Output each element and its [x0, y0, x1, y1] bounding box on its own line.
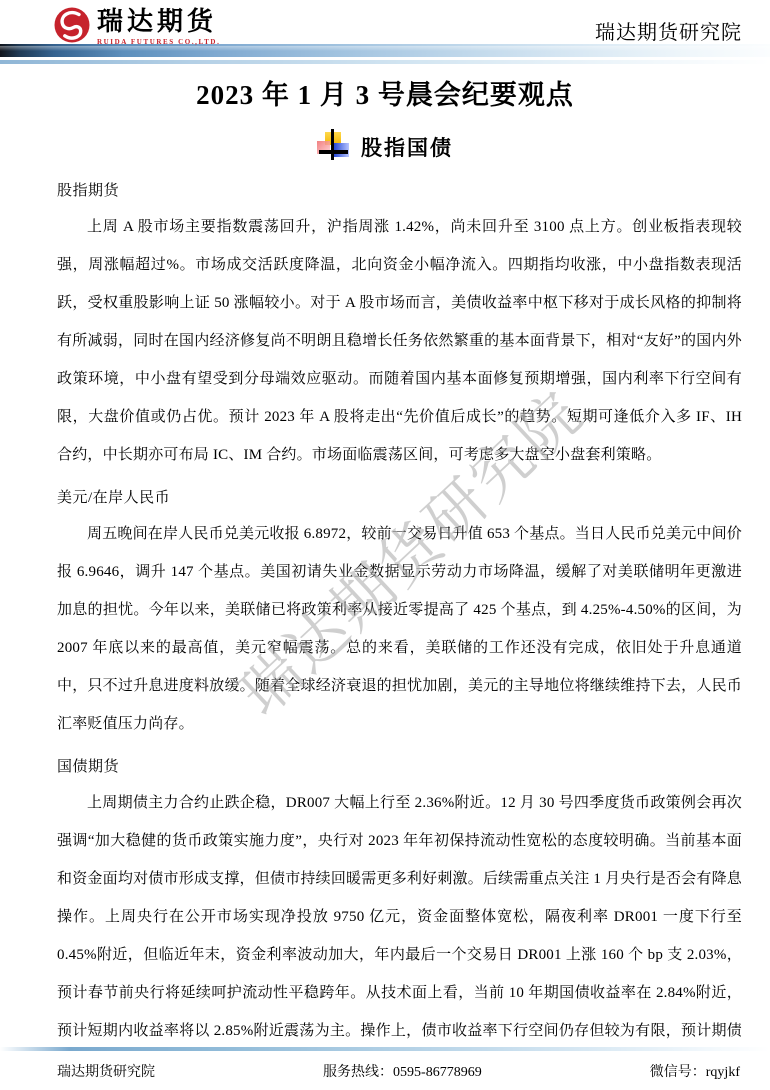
article-body: 股指期货 上周 A 股市场主要指数震荡回升，沪指周涨 1.42%，尚未回升至 3… [0, 179, 770, 1088]
company-name-en: RUIDA FUTURES CO.,LTD. [97, 38, 220, 46]
section-banner-label: 股指国债 [361, 132, 453, 162]
page-footer: 瑞达期货研究院 服务热线：0595-86778969 微信号：rqyjkf [0, 1047, 770, 1081]
heading-usd-cny: 美元/在岸人民币 [57, 486, 742, 510]
company-logo-text: 瑞达期货 RUIDA FUTURES CO.,LTD. [97, 7, 220, 46]
heading-treasury-futures: 国债期货 [57, 755, 742, 779]
heading-stock-index-futures: 股指期货 [57, 179, 742, 203]
header-gradient-stripe [0, 60, 770, 64]
company-logo: 瑞达期货 RUIDA FUTURES CO.,LTD. [52, 5, 220, 46]
company-logo-icon [52, 5, 92, 45]
footer-hotline: 服务热线：0595-86778969 [323, 1061, 482, 1081]
company-name-cn: 瑞达期货 [97, 7, 220, 37]
document-page: 瑞达期货 RUIDA FUTURES CO.,LTD. 瑞达期货研究院 瑞达期货… [0, 0, 770, 1090]
footer-wechat: 微信号：rqyjkf [650, 1061, 740, 1081]
footer-institute: 瑞达期货研究院 [57, 1061, 155, 1081]
institute-name: 瑞达期货研究院 [595, 16, 742, 45]
paragraph-treasury-futures: 上周期债主力合约止跌企稳，DR007 大幅上行至 2.36%附近。12 月 30… [57, 784, 742, 1088]
paragraph-usd-cny: 周五晚间在岸人民币兑美元收报 6.8972，较前一交易日升值 653 个基点。当… [57, 515, 742, 743]
paragraph-stock-index-futures: 上周 A 股市场主要指数震荡回升，沪指周涨 1.42%，尚未回升至 3100 点… [57, 208, 742, 474]
section-banner: 股指国债 [0, 132, 770, 167]
main-content: 2023 年 1 月 3 号晨会纪要观点 股指国债 股指期货 上周 A 股市场主… [0, 63, 770, 1088]
page-title: 2023 年 1 月 3 号晨会纪要观点 [0, 73, 770, 112]
chart-icon [317, 132, 349, 162]
